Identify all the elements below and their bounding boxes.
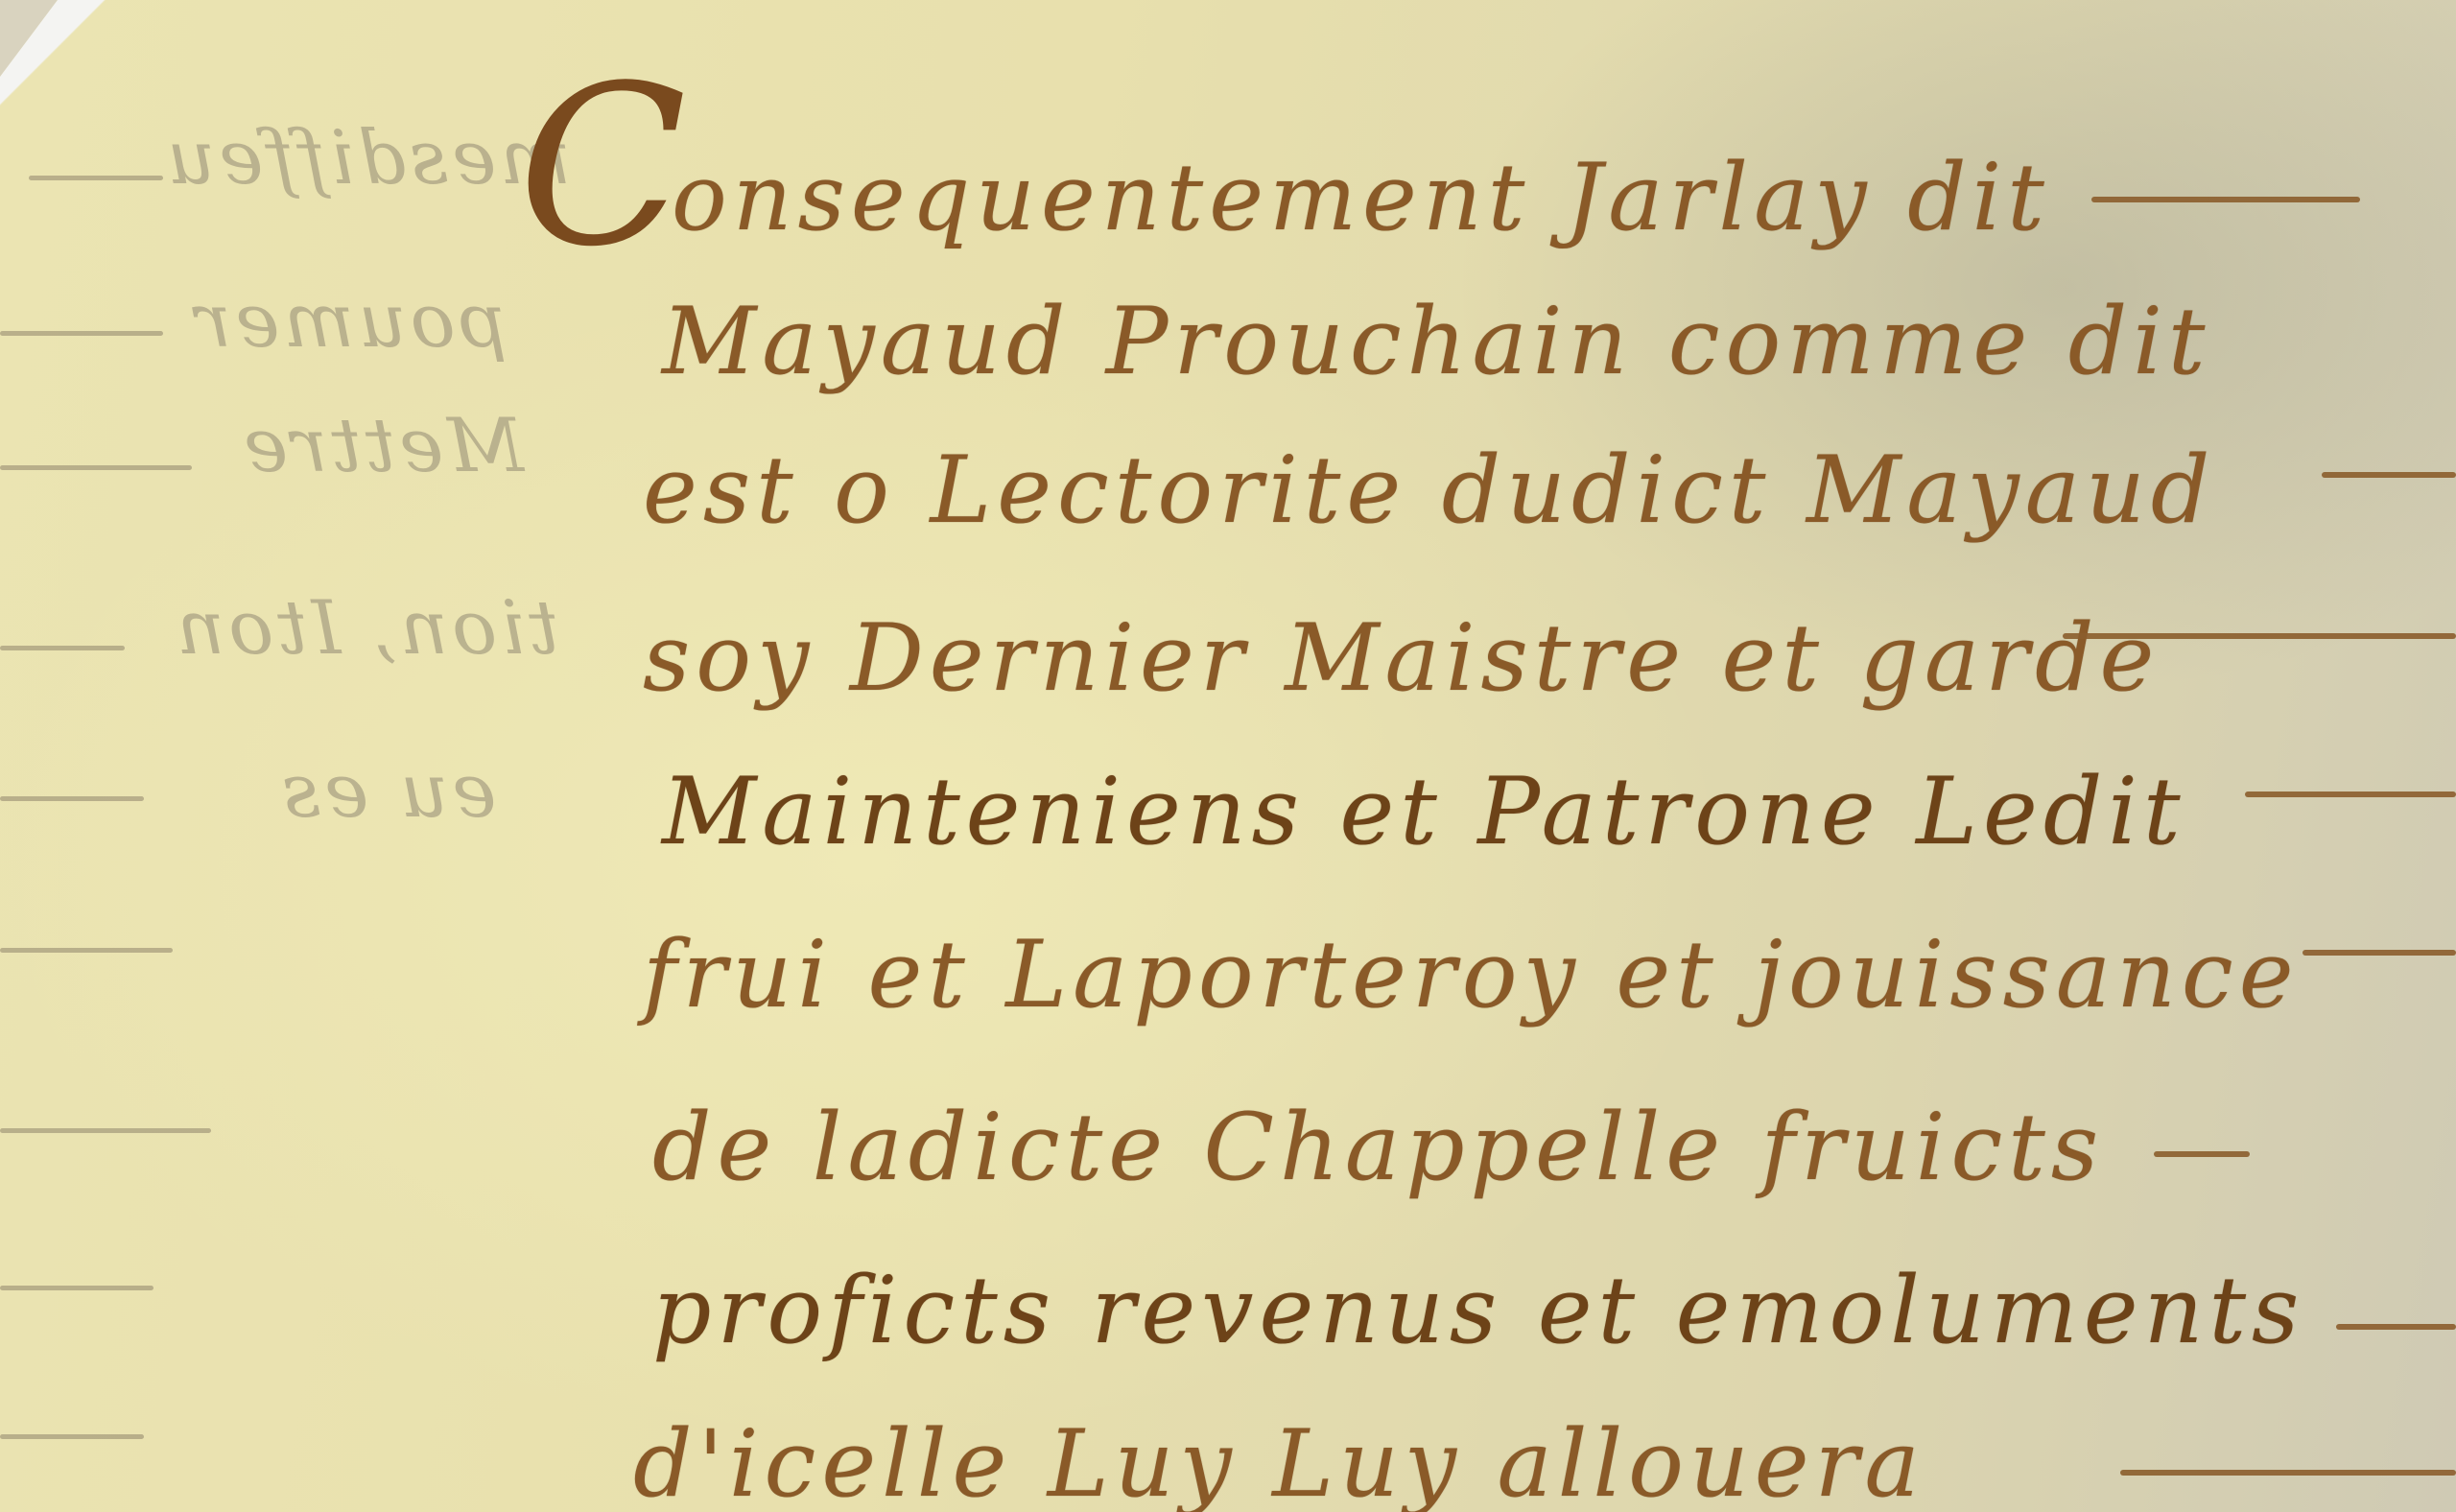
line-filler xyxy=(2154,1151,2250,1157)
manuscript-line-5: Mainteniens et Patrone Ledit xyxy=(662,758,2186,865)
line-filler xyxy=(2063,633,2456,639)
bleed-line: eu es xyxy=(278,748,496,835)
bleed-rule xyxy=(29,176,163,180)
line-filler xyxy=(2336,1324,2456,1330)
manuscript-line-8: proficts revenus et emoluments xyxy=(652,1257,2304,1364)
line-filler xyxy=(2091,197,2360,202)
bleed-rule xyxy=(0,646,125,650)
bleed-rule xyxy=(0,1128,211,1133)
bleed-rule xyxy=(0,1434,144,1439)
manuscript-line-3: est o Lectorite dudict Mayaud xyxy=(643,437,2215,544)
manuscript-line-1: onsequentement Jarlay dit xyxy=(672,144,2050,251)
manuscript-line-7: de ladicte Chappelle fruicts xyxy=(652,1094,2104,1201)
line-filler xyxy=(2322,472,2456,478)
bleed-rule xyxy=(0,465,192,470)
bleed-rule xyxy=(0,331,163,336)
bleed-line: mesdiffeu xyxy=(163,115,571,201)
line-filler xyxy=(2120,1470,2456,1476)
manuscript-line-6: frui et Laporteroy et jouissance xyxy=(643,921,2300,1028)
bleed-rule xyxy=(0,796,144,801)
manuscript-page: mesdiffeu poumer Mettre tion, Iton eu es… xyxy=(0,0,2456,1512)
decorated-initial: C xyxy=(518,58,687,278)
bleed-rule xyxy=(0,1286,153,1290)
bleed-rule xyxy=(0,948,173,953)
bleed-line: Mettre xyxy=(240,403,524,489)
manuscript-line-2: Mayaud Prouchain comme dit xyxy=(662,288,2210,395)
bleed-line: poumer xyxy=(192,278,508,365)
line-filler xyxy=(2302,950,2456,956)
line-filler xyxy=(2245,791,2456,797)
bleed-line: tion, Iton xyxy=(173,585,558,672)
manuscript-line-4: soy Dernier Maistre et garde xyxy=(643,604,2160,712)
manuscript-line-9: d'icelle Luy Luy allouera xyxy=(633,1410,1925,1512)
